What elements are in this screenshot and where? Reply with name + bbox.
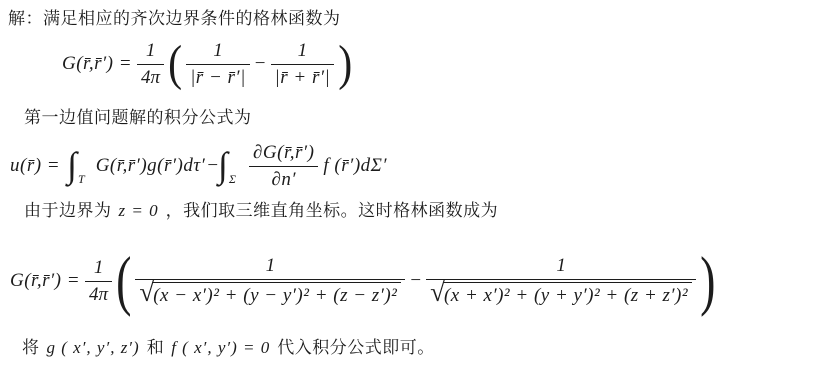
denominator: 4π xyxy=(137,65,164,89)
cartesian-greens-function-formula: G(r̄,r̄′) = 1 4π ( 1 √ (x − x′)² + (y − … xyxy=(8,243,716,319)
volume-integrand: G(r̄,r̄′)g(r̄′)dτ′ xyxy=(96,155,206,177)
integral-subscript: T xyxy=(78,172,85,187)
denominator: √ (x − x′)² + (y − y′)² + (z − z′)² xyxy=(135,280,405,307)
surface-integral: ∫ Σ xyxy=(218,147,236,185)
coefficient-fraction: 1 4π xyxy=(137,40,164,89)
denominator: |r̄ − r̄′| xyxy=(186,65,250,89)
image-source-term2-fraction: 1 √ (x + x′)² + (y + y′)² + (z + z′)² xyxy=(426,255,696,307)
term1-fraction: 1 |r̄ − r̄′| xyxy=(186,40,250,89)
numerator: 1 xyxy=(271,40,335,65)
integral-formula: u(r̄) = ∫ T G(r̄,r̄′)g(r̄′)dτ′ − ∫ Σ ∂G(… xyxy=(8,137,389,195)
greens-function-formula: G(r̄,r̄′) = 1 4π ( 1 |r̄ − r̄′| − 1 |r̄ … xyxy=(60,35,353,93)
minus-operator: − xyxy=(207,155,218,177)
term2-fraction: 1 |r̄ + r̄′| xyxy=(271,40,335,89)
conclusion-and: 和 xyxy=(147,338,165,357)
formula1-lhs: G(r̄,r̄′) = xyxy=(62,53,132,75)
radicand: (x + x′)² + (y + y′)² + (z + z′)² xyxy=(443,282,692,307)
coefficient-fraction: 1 4π xyxy=(85,257,112,306)
numerator: 1 xyxy=(186,40,250,65)
minus-operator: − xyxy=(255,53,266,75)
formula3-lhs: G(r̄,r̄′) = xyxy=(10,270,80,292)
formula2-lhs: u(r̄) = xyxy=(10,155,60,177)
radicand: (x − x′)² + (y − y′)² + (z − z′)² xyxy=(152,282,401,307)
conclusion-post: 代入积分公式即可。 xyxy=(277,338,435,357)
source-function-math: g ( x′, y′, z′) xyxy=(47,338,140,357)
boundary-note-pre: 由于边界为 xyxy=(24,201,112,220)
boundary-note-post: ，我们取三维直角坐标。这时格林函数成为 xyxy=(166,201,499,220)
solution-document: 解：满足相应的齐次边界条件的格林函数为 G(r̄,r̄′) = 1 4π ( 1… xyxy=(0,0,840,380)
denominator: |r̄ + r̄′| xyxy=(271,65,335,89)
conclusion-line: 将g ( x′, y′, z′)和f ( x′, y′) = 0代入积分公式即可… xyxy=(22,337,435,359)
boundary-condition-math: z = 0 xyxy=(119,201,159,220)
numerator: 1 xyxy=(426,255,696,280)
denominator: √ (x + x′)² + (y + y′)² + (z + z′)² xyxy=(426,280,696,307)
integral-sign: ∫ xyxy=(67,147,77,185)
numerator: ∂G(r̄,r̄′) xyxy=(249,142,318,167)
sqrt-radical: √ (x − x′)² + (y − y′)² + (z − z′)² xyxy=(139,282,401,307)
close-paren: ) xyxy=(338,39,352,89)
denominator: ∂n′ xyxy=(249,167,318,191)
open-paren: ( xyxy=(116,248,131,315)
normal-derivative-fraction: ∂G(r̄,r̄′) ∂n′ xyxy=(249,142,318,191)
boundary-note-line: 由于边界为z = 0，我们取三维直角坐标。这时格林函数成为 xyxy=(24,200,498,222)
minus-operator: − xyxy=(410,270,421,292)
sqrt-radical: √ (x + x′)² + (y + y′)² + (z + z′)² xyxy=(430,282,692,307)
solution-intro-line: 解：满足相应的齐次边界条件的格林函数为 xyxy=(8,8,341,30)
open-paren: ( xyxy=(168,39,182,89)
numerator: 1 xyxy=(85,257,112,282)
boundary-function-math: f ( x′, y′) = 0 xyxy=(171,338,270,357)
numerator: 1 xyxy=(137,40,164,65)
integral-intro-line: 第一边值问题解的积分公式为 xyxy=(24,107,252,129)
surface-integrand: f (r̄′)dΣ′ xyxy=(323,155,387,177)
numerator: 1 xyxy=(135,255,405,280)
image-source-term1-fraction: 1 √ (x − x′)² + (y − y′)² + (z − z′)² xyxy=(135,255,405,307)
close-paren: ) xyxy=(700,248,715,315)
denominator: 4π xyxy=(85,282,112,306)
conclusion-pre: 将 xyxy=(22,338,40,357)
integral-subscript: Σ xyxy=(229,172,236,187)
integral-sign: ∫ xyxy=(218,147,228,185)
volume-integral: ∫ T xyxy=(67,147,85,185)
